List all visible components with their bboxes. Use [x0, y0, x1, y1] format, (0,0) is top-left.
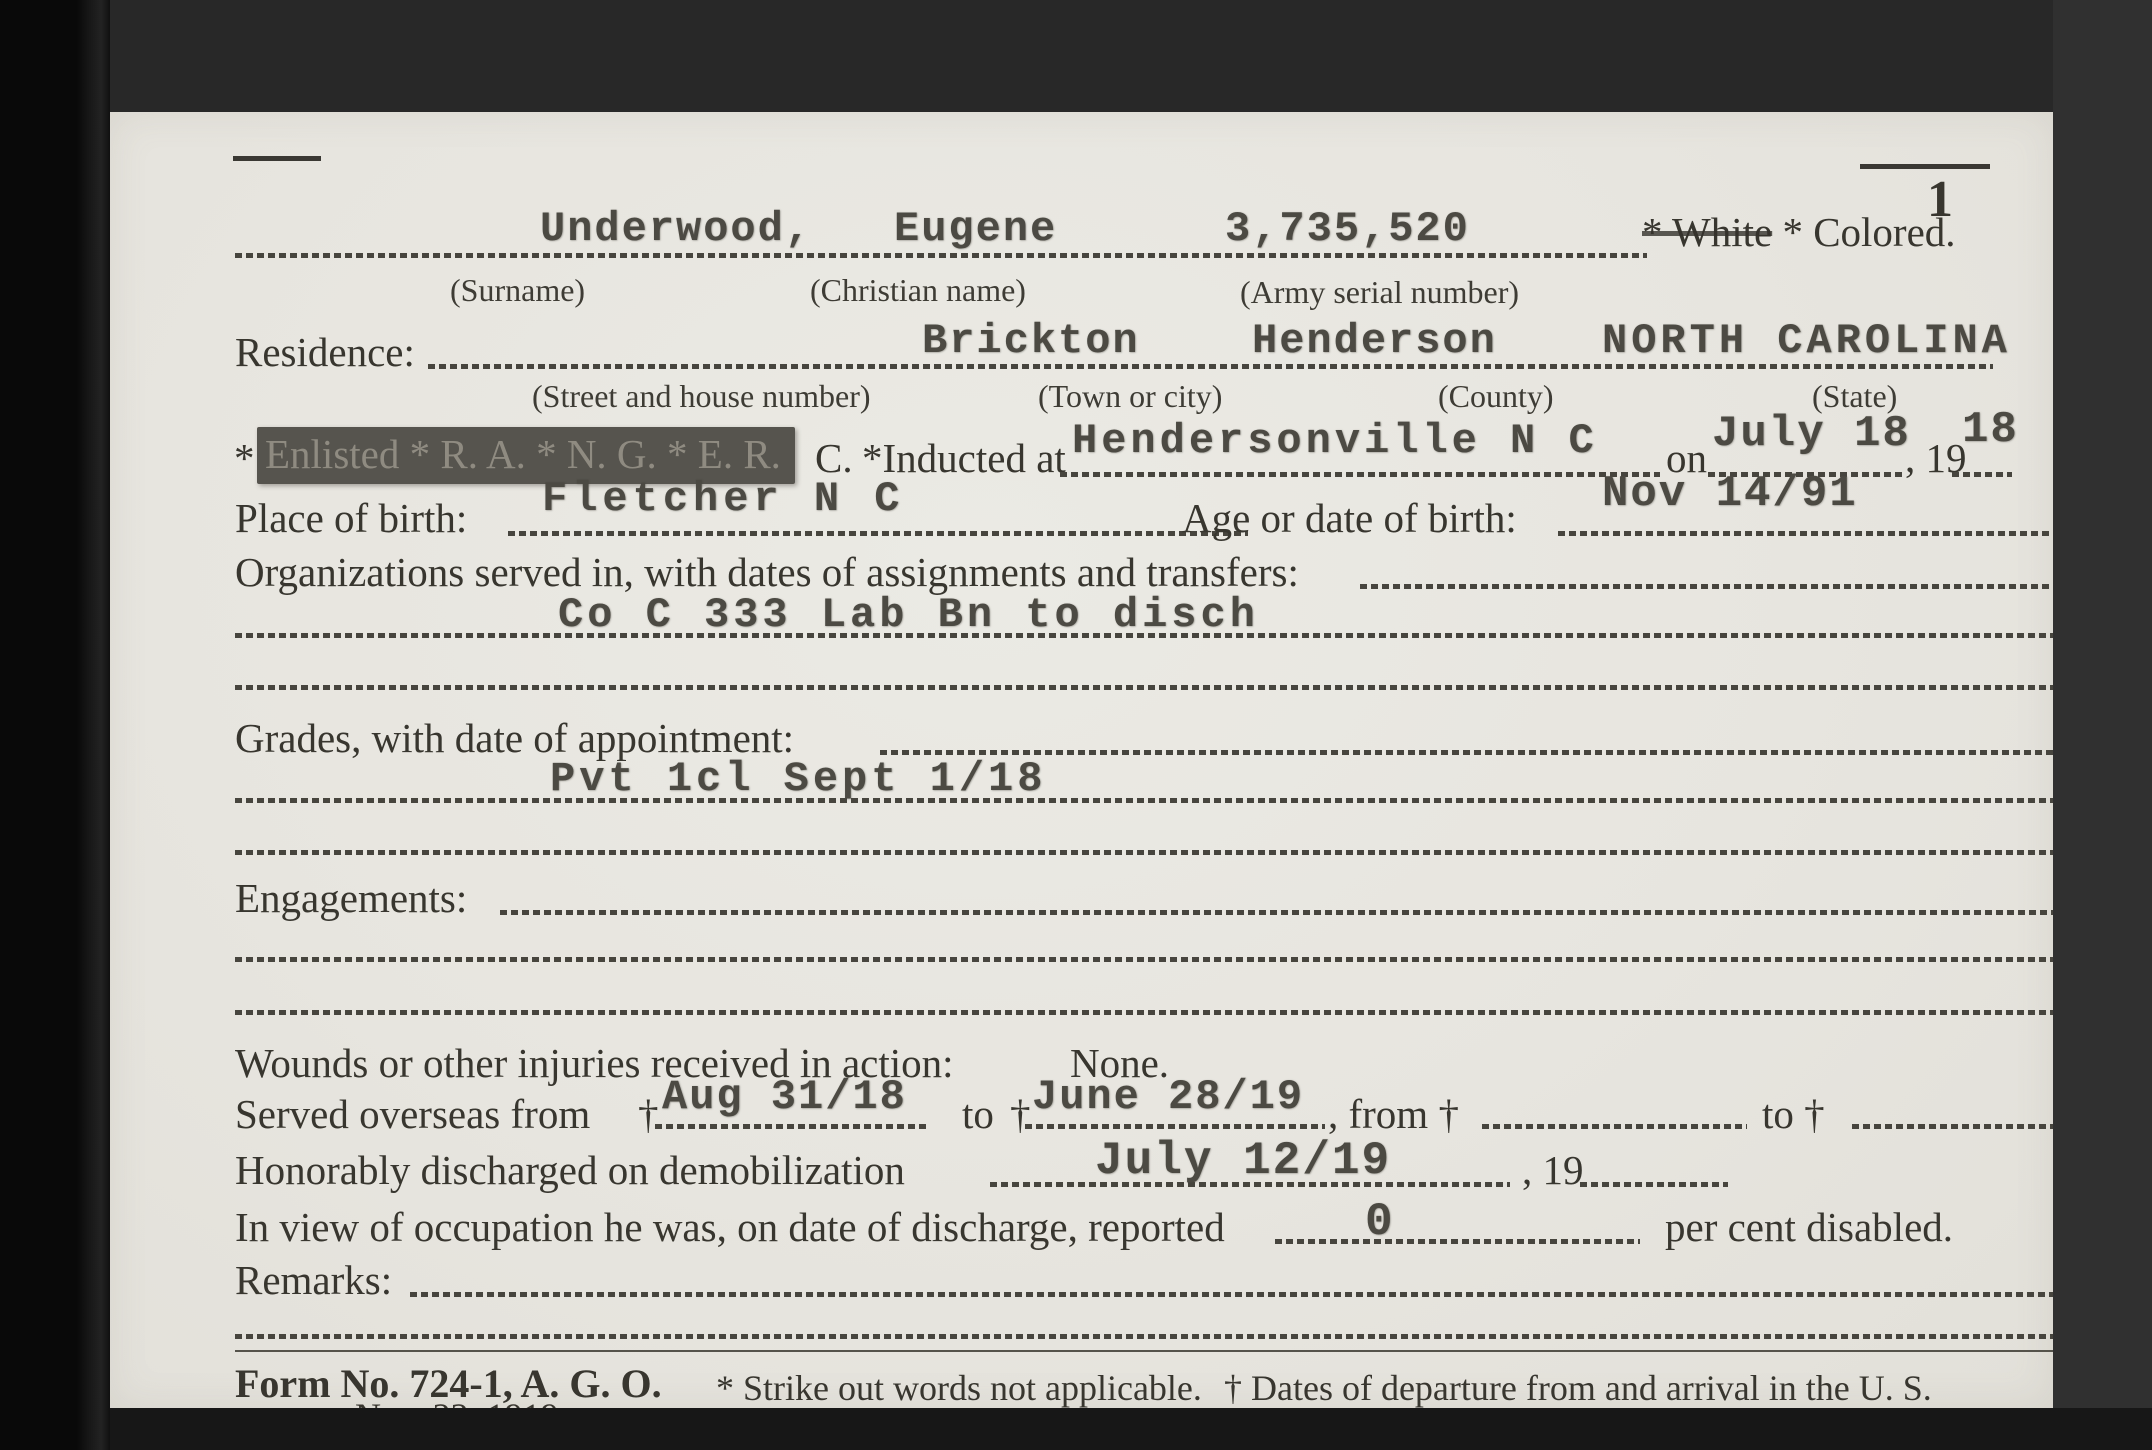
organizations-line-2 — [235, 685, 2053, 690]
enlistment-tail: C. — [815, 438, 853, 479]
disability-value: 0 — [1365, 1199, 1395, 1245]
residence-label: Residence: — [235, 332, 415, 373]
engagements-line-0 — [500, 910, 2053, 915]
engagements-line-2 — [235, 1010, 2053, 1015]
christian-name-label: (Christian name) — [810, 274, 1026, 306]
race-selection: * White * Colored. — [1642, 212, 1956, 253]
discharge-year-prefix: , 19 — [1522, 1150, 1584, 1191]
scan-border-bottom — [110, 1408, 2152, 1450]
serial-number-value: 3,735,520 — [1225, 208, 1470, 250]
grades-line-2 — [235, 850, 2053, 855]
grades-line-1 — [235, 798, 2053, 803]
remarks-line — [410, 1292, 2053, 1297]
discharge-label: Honorably discharged on demobilization — [235, 1150, 905, 1191]
overseas-to-label-1: to — [962, 1094, 994, 1135]
christian-name-value: Eugene — [894, 208, 1057, 250]
enlistment-struck-options: Enlisted * R. A. * N. G. * E. R. — [257, 434, 795, 475]
overseas-label: Served overseas from — [235, 1094, 590, 1135]
scan-border-left — [0, 0, 110, 1450]
overseas-from1-line — [655, 1124, 930, 1129]
residence-county-value: Henderson — [1252, 320, 1497, 362]
engagements-label: Engagements: — [235, 878, 467, 919]
age-value: Nov 14/91 — [1602, 472, 1858, 516]
discharge-year-line — [1580, 1182, 1728, 1187]
name-line — [235, 253, 1647, 258]
overseas-to1-line — [1025, 1124, 1325, 1129]
scan-border-right — [2053, 0, 2152, 1450]
grades-line-0 — [880, 750, 2053, 755]
overseas-to-label-2: to † — [1762, 1094, 1825, 1135]
race-white-struck: * White — [1642, 209, 1772, 255]
scanned-service-record: { "card": { "page_number": "1", "name_ro… — [0, 0, 2152, 1450]
induction-date-value: July 18 — [1712, 412, 1911, 456]
footnote-dagger: † Dates of departure from and arrival in… — [1224, 1370, 1932, 1406]
age-line — [1558, 531, 2053, 536]
disability-line — [1275, 1239, 1640, 1244]
form-date: Nov. 22, 1919 — [355, 1398, 559, 1408]
county-label: (County) — [1438, 380, 1554, 412]
surname-label: (Surname) — [450, 274, 585, 306]
organizations-value: Co C 333 Lab Bn to disch — [558, 594, 1259, 636]
place-of-birth-line — [508, 531, 1248, 536]
top-left-mark — [233, 156, 321, 161]
place-of-birth-value: Fletcher N C — [542, 478, 904, 520]
inducted-at-label: *Inducted at — [862, 438, 1066, 479]
street-label: (Street and house number) — [532, 380, 871, 412]
organizations-line-0 — [1360, 584, 2053, 589]
surname-value: Underwood, — [540, 208, 812, 250]
remarks-label: Remarks: — [235, 1260, 392, 1301]
town-label: (Town or city) — [1038, 380, 1222, 412]
scan-border-top — [110, 0, 2152, 112]
service-record-card: 1 Underwood, Eugene 3,735,520 * White * … — [110, 112, 2053, 1408]
footer-solid-rule — [235, 1350, 2053, 1352]
overseas-from2-line — [1482, 1124, 1747, 1129]
induction-year-line — [1952, 472, 2012, 477]
induction-year-value: 18 — [1962, 408, 2019, 452]
enlistment-star: * — [234, 438, 255, 479]
state-label: (State) — [1812, 380, 1897, 412]
overseas-from-label-2: , from † — [1328, 1094, 1459, 1135]
disability-suffix: per cent disabled. — [1665, 1207, 1953, 1248]
overseas-from1-value: Aug 31/18 — [662, 1076, 907, 1118]
residence-state-value: NORTH CAROLINA — [1602, 320, 2011, 362]
disability-label: In view of occupation he was, on date of… — [235, 1207, 1225, 1248]
organizations-label: Organizations served in, with dates of a… — [235, 552, 1299, 593]
footer-dotted-rule — [235, 1334, 2053, 1339]
page-number-rule — [1860, 164, 1990, 169]
overseas-to2-line — [1852, 1124, 2053, 1129]
footnote-strike-out: * Strike out words not applicable. — [716, 1370, 1202, 1406]
inducted-place-value: Hendersonville N C — [1072, 420, 1598, 462]
grades-value: Pvt 1cl Sept 1/18 — [550, 758, 1046, 800]
organizations-line-1 — [235, 633, 2053, 638]
residence-town-value: Brickton — [922, 320, 1140, 362]
inducted-place-line — [1060, 472, 1660, 477]
race-colored: * Colored. — [1772, 209, 1955, 255]
engagements-line-1 — [235, 957, 2053, 962]
age-label: Age or date of birth: — [1182, 498, 1517, 539]
grades-label: Grades, with date of appointment: — [235, 718, 794, 759]
overseas-to1-value: June 28/19 — [1032, 1076, 1304, 1118]
place-of-birth-label: Place of birth: — [235, 498, 467, 539]
serial-number-label: (Army serial number) — [1240, 276, 1519, 308]
residence-line — [428, 364, 1993, 369]
discharge-date-value: July 12/19 — [1095, 1138, 1391, 1184]
